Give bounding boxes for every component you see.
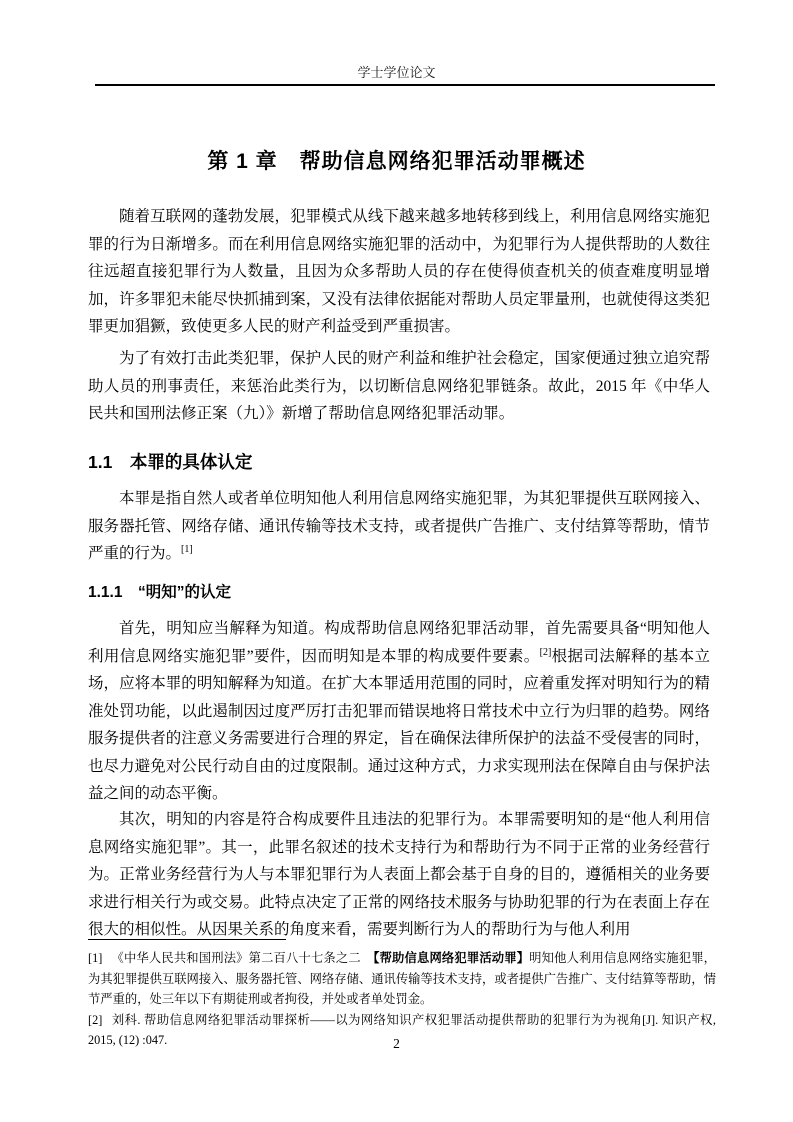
- section-1-1-heading: 1.1 本罪的具体认定: [88, 449, 252, 474]
- section-1-1-1-heading: 1.1.1 “明知”的认定: [88, 580, 231, 602]
- footnote-ref-1: [1]: [181, 544, 193, 555]
- page-number: 2: [0, 1036, 793, 1052]
- footnote-1-text-before-bold: 《中华人民共和国刑法》第二百八十七条之二: [111, 951, 373, 965]
- footnote-separator: [88, 939, 286, 940]
- paragraph-mingzhi-first: 首先，明知应当解释为知道。构成帮助信息网络犯罪活动罪，首先需要具备“明知他人利用…: [88, 615, 710, 808]
- chapter-title: 第 1 章 帮助信息网络犯罪活动罪概述: [0, 145, 793, 175]
- footnote-1: [1]《中华人民共和国刑法》第二百八十七条之二 【帮助信息网络犯罪活动罪】明知他…: [88, 948, 716, 1010]
- footnote-1-marker: [1]: [88, 951, 102, 965]
- paragraph-intro-2: 为了有效打击此类犯罪，保护人民的财产利益和维护社会稳定，国家便通过独立追究帮助人…: [88, 345, 710, 428]
- paragraph-crime-definition: 本罪是指自然人或者单位明知他人利用信息网络实施犯罪，为其犯罪提供互联网接入、服务…: [88, 485, 710, 568]
- document-page: 学士学位论文 第 1 章 帮助信息网络犯罪活动罪概述 随着互联网的蓬勃发展，犯罪…: [0, 0, 793, 1122]
- header-rule: [95, 84, 715, 86]
- paragraph-mingzhi-second: 其次，明知的内容是符合构成要件且违法的犯罪行为。本罪需要明知的是“他人利用信息网…: [88, 806, 710, 944]
- paragraph-intro-1: 随着互联网的蓬勃发展，犯罪模式从线下越来越多地转移到线上，利用信息网络实施犯罪的…: [88, 203, 710, 341]
- footnote-1-crime-name-bold: 【帮助信息网络犯罪活动罪】: [373, 951, 529, 965]
- running-head: 学士学位论文: [0, 62, 793, 81]
- mingzhi-text-after-ref: 根据司法解释的基本立场，应将本罪的明知解释为知道。在扩大本罪适用范围的同时，应着…: [88, 648, 710, 803]
- footnote-2-marker: [2]: [88, 1013, 102, 1027]
- footnote-ref-2: [2]: [540, 646, 552, 657]
